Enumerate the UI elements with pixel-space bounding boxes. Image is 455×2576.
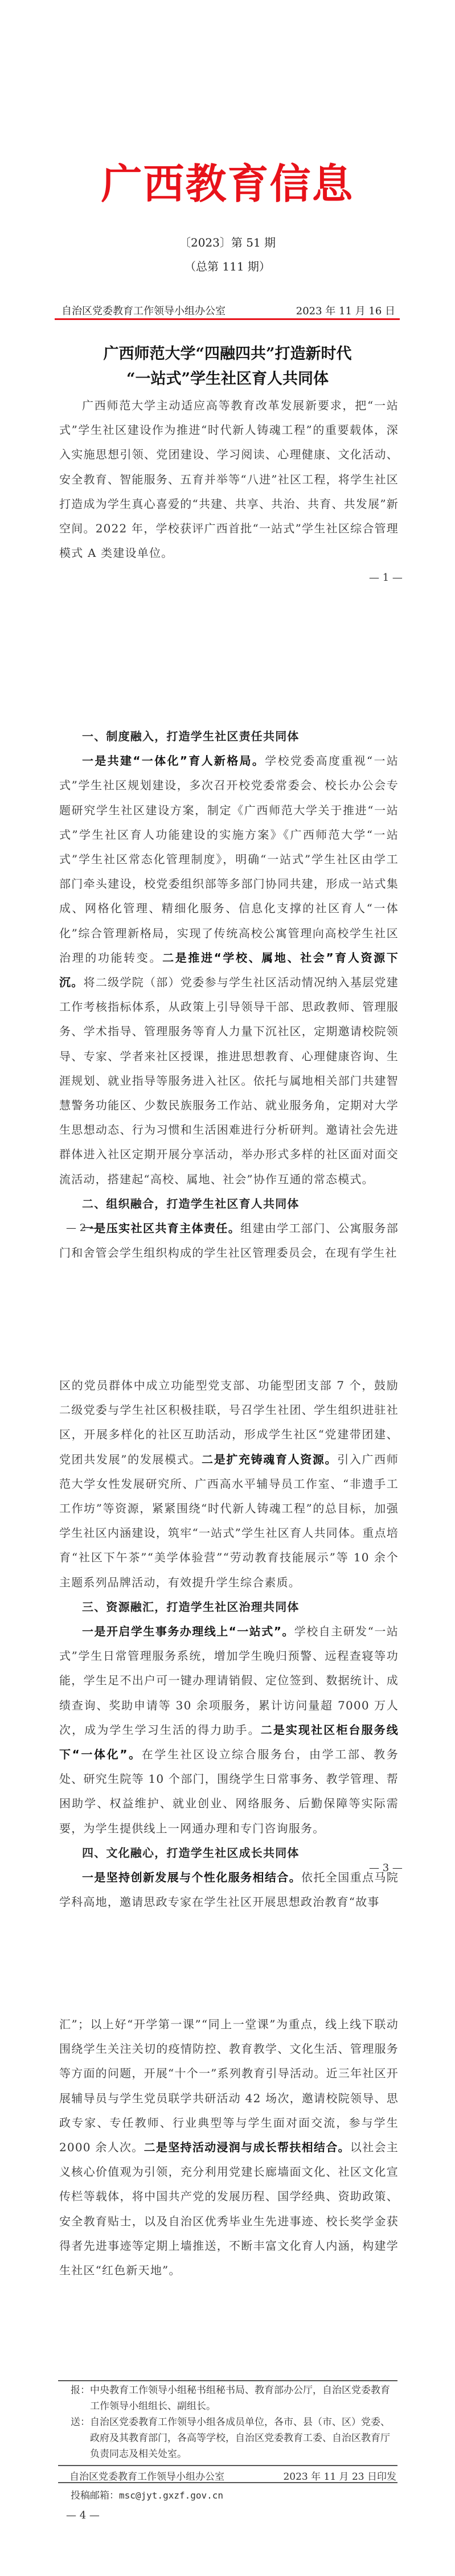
section-heading-3: 三、资源融汇，打造学生社区治理共同体 xyxy=(59,1595,399,1619)
page-number-2: — 2 — xyxy=(66,1222,100,1234)
print-info-bottom-rule xyxy=(58,2482,397,2483)
print-info-top-rule xyxy=(58,2465,397,2466)
section2-point1-lead: 一是压实社区共育主体责任。 xyxy=(82,1221,240,1235)
report-to: 报： 中央教育工作领导小组秘书组秘书局、教育部办公厅，自治区党委教育工作领导小组… xyxy=(71,2382,399,2414)
masthead-header-line: 自治区党委教育工作领导小组办公室 2023 年 11 月 16 日 xyxy=(62,303,395,318)
issuer: 自治区党委教育工作领导小组办公室 xyxy=(69,2468,224,2483)
section4-paragraph1-part2: 汇”；以上好“开学第一课”“同上一堂课”为重点，线上线下联动围绕学生关注关切的疫… xyxy=(59,2012,399,2283)
publish-date: 2023 年 11 月 16 日 xyxy=(296,303,395,318)
section4-paragraph1-part1: 一是坚持创新发展与个性化服务相结合。依托全国重点马院学科高地，邀请思政专家在学生… xyxy=(59,1865,399,1914)
section2-point2-lead: 二是扩充铸魂育人资源。 xyxy=(202,1453,337,1466)
page4-body: 汇”；以上好“开学第一课”“同上一堂课”为重点，线上线下联动围绕学生关注关切的疫… xyxy=(59,2012,399,2283)
section4-point2-lead: 二是坚持活动浸润与成长帮扶相结合。 xyxy=(144,2140,350,2154)
submission-email-line: 投稿邮箱：msc@jyt.gxzf.gov.cn xyxy=(71,2487,223,2501)
masthead-title: 广西教育信息 xyxy=(0,161,455,207)
section4-point1-lead: 一是坚持创新发展与个性化服务相结合。 xyxy=(82,1871,301,1884)
section2-paragraph1-part2: 区的党员群体中成立功能型党支部、功能型团支部 7 个，鼓励二级党委与学生社区积极… xyxy=(59,1373,399,1595)
issue-number: 〔2023〕第 51 期 xyxy=(0,233,455,250)
submission-email[interactable]: msc@jyt.gxzf.gov.cn xyxy=(119,2490,223,2501)
intro-paragraph: 广西师范大学主动适应高等教育改革发展新要求，把“一站式”学生社区建设作为推进“时… xyxy=(59,393,399,565)
section-heading-1: 一、制度融入，打造学生社区责任共同体 xyxy=(59,724,399,749)
send-to: 送： 自治区党委教育工作领导小组各成员单位，各市、县（市、区）党委、政府及其教育… xyxy=(71,2414,399,2462)
section3-point1-lead: 一是开启学生事务办理线上“一站式”。 xyxy=(82,1625,294,1638)
section3-paragraph1: 一是开启学生事务办理线上“一站式”。学校自主研发“一站式”学生日常管理服务系统，… xyxy=(59,1619,399,1841)
page-number-4: — 4 — xyxy=(66,2509,100,2521)
print-info-line: 自治区党委教育工作领导小组办公室 2023 年 11 月 23 日印发 xyxy=(69,2468,396,2483)
page2-body: 一、制度融入，打造学生社区责任共同体 一是共建“一体化”育人新格局。学校党委高度… xyxy=(59,724,399,1265)
distribution-top-rule xyxy=(58,2380,397,2381)
print-date: 2023 年 11 月 23 日印发 xyxy=(283,2468,396,2483)
page-number-1: — 1 — xyxy=(369,572,403,584)
red-divider xyxy=(55,318,400,320)
section-heading-4: 四、文化融心，打造学生社区成长共同体 xyxy=(59,1841,399,1865)
section1-point1-lead: 一是共建“一体化”育人新格局。 xyxy=(82,754,265,768)
article-title-line2: “一站式”学生社区育人共同体 xyxy=(0,367,455,392)
page-number-3: — 3 — xyxy=(369,1862,403,1874)
section-heading-2: 二、组织融合，打造学生社区育人共同体 xyxy=(59,1192,399,1216)
distribution-list: 报： 中央教育工作领导小组秘书组秘书局、教育部办公厅，自治区党委教育工作领导小组… xyxy=(71,2382,399,2462)
page3-body: 区的党员群体中成立功能型党支部、功能型团支部 7 个，鼓励二级党委与学生社区积极… xyxy=(59,1373,399,1914)
article-intro: 广西师范大学主动适应高等教育改革发展新要求，把“一站式”学生社区建设作为推进“时… xyxy=(59,393,399,565)
section1-paragraph1: 一是共建“一体化”育人新格局。学校党委高度重视“一站式”学生社区规划建设，多次召… xyxy=(59,749,399,1192)
section2-paragraph1-part1: 一是压实社区共育主体责任。组建由学工部门、公寓服务部门和舍管会学生组织构成的学生… xyxy=(59,1216,399,1265)
publisher: 自治区党委教育工作领导小组办公室 xyxy=(62,303,226,318)
article-title-line1: 广西师范大学“四融四共”打造新时代 xyxy=(0,342,455,367)
total-issue-number: （总第 111 期） xyxy=(0,257,455,274)
